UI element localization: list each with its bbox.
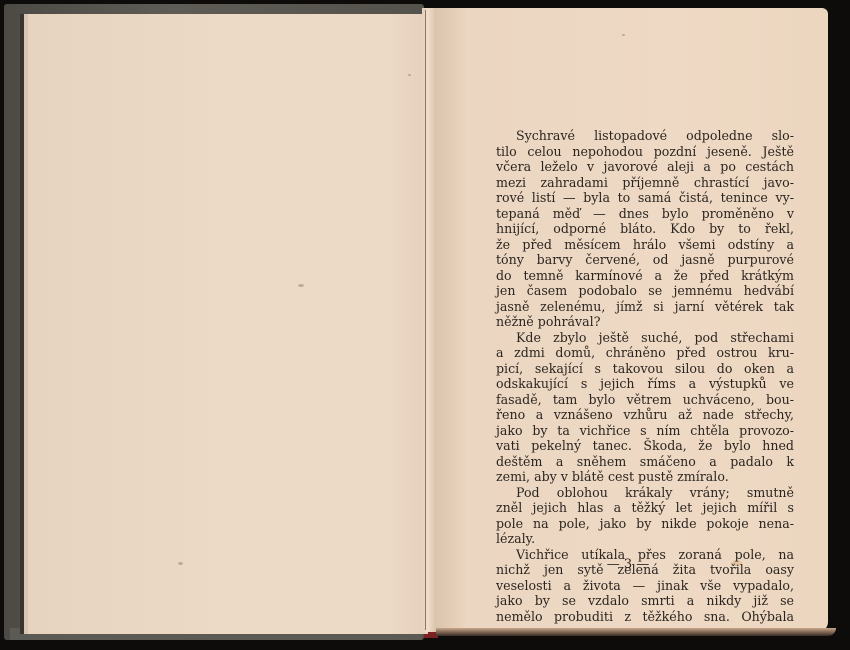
text-line: vati pekelný tanec. Škoda, že bylo hned bbox=[496, 438, 794, 454]
right-page-edge bbox=[436, 628, 836, 636]
text-line: hnijící, odporné bláto. Kdo by to řekl, bbox=[496, 221, 794, 237]
text-line: deštěm a sněhem smáčeno a padalo k bbox=[496, 454, 794, 470]
text-line: fasadě, tam bylo větrem uchváceno, bou- bbox=[496, 392, 794, 408]
page-text: Sychravé listopadové odpoledne slo-tilo … bbox=[496, 128, 794, 624]
text-line: tilo celou nepohodou pozdní jeseně. Ješt… bbox=[496, 144, 794, 160]
left-page-blank bbox=[24, 14, 428, 634]
text-line: odskakující s jejich říms a výstupků ve bbox=[496, 376, 794, 392]
text-line: Sychravé listopadové odpoledne slo- bbox=[496, 128, 794, 144]
text-line: picí, sekající s takovou silou do oken a bbox=[496, 361, 794, 377]
text-line: mezi zahradami příjemně chrastící javo- bbox=[496, 175, 794, 191]
text-line: Pod oblohou krákaly vrány; smutně bbox=[496, 485, 794, 501]
gutter-fold-line bbox=[425, 10, 426, 630]
text-line: veselosti a života — jinak vše vypadalo, bbox=[496, 578, 794, 594]
text-line: řeno a vznášeno vzhůru až nade střechy, bbox=[496, 407, 794, 423]
text-line: jako by ta vichřice s ním chtěla provozo… bbox=[496, 423, 794, 439]
paper-speck bbox=[622, 34, 625, 36]
page-number: — 3 — bbox=[598, 557, 658, 572]
text-line: tóny barvy červené, od jasně purpurové bbox=[496, 252, 794, 268]
text-line: lézaly. bbox=[496, 531, 794, 547]
text-line: Kde zbylo ještě suché, pod střechami bbox=[496, 330, 794, 346]
text-line: zněl jejich hlas a těžký let jejich míři… bbox=[496, 500, 794, 516]
paper-speck bbox=[298, 284, 304, 287]
paper-speck bbox=[178, 562, 183, 565]
text-line: zemi, aby v blátě cest pustě zmíralo. bbox=[496, 469, 794, 485]
text-line: a zdmi domů, chráněno před ostrou kru- bbox=[496, 345, 794, 361]
text-line: jasně zelenému, jímž si jarní větérek ta… bbox=[496, 299, 794, 315]
text-line: včera leželo v javorové aleji a po cestá… bbox=[496, 159, 794, 175]
text-line: něžně pohrával? bbox=[496, 314, 794, 330]
text-line: rové listí — byla to samá čistá, tenince… bbox=[496, 190, 794, 206]
text-line: jen časem podobalo se jemnému hedvábí bbox=[496, 283, 794, 299]
text-line: že před měsícem hrálo všemi odstíny a bbox=[496, 237, 794, 253]
paper-speck bbox=[408, 74, 411, 76]
text-line: pole na pole, jako by nikde pokoje nena- bbox=[496, 516, 794, 532]
text-line: nemělo probuditi z těžkého sna. Ohýbala bbox=[496, 609, 794, 625]
text-line: do temně karmínové a že před krátkým bbox=[496, 268, 794, 284]
text-line: tepaná měď — dnes bylo proměněno v bbox=[496, 206, 794, 222]
text-line: jako by se vzdalo smrti a nikdy již se bbox=[496, 593, 794, 609]
